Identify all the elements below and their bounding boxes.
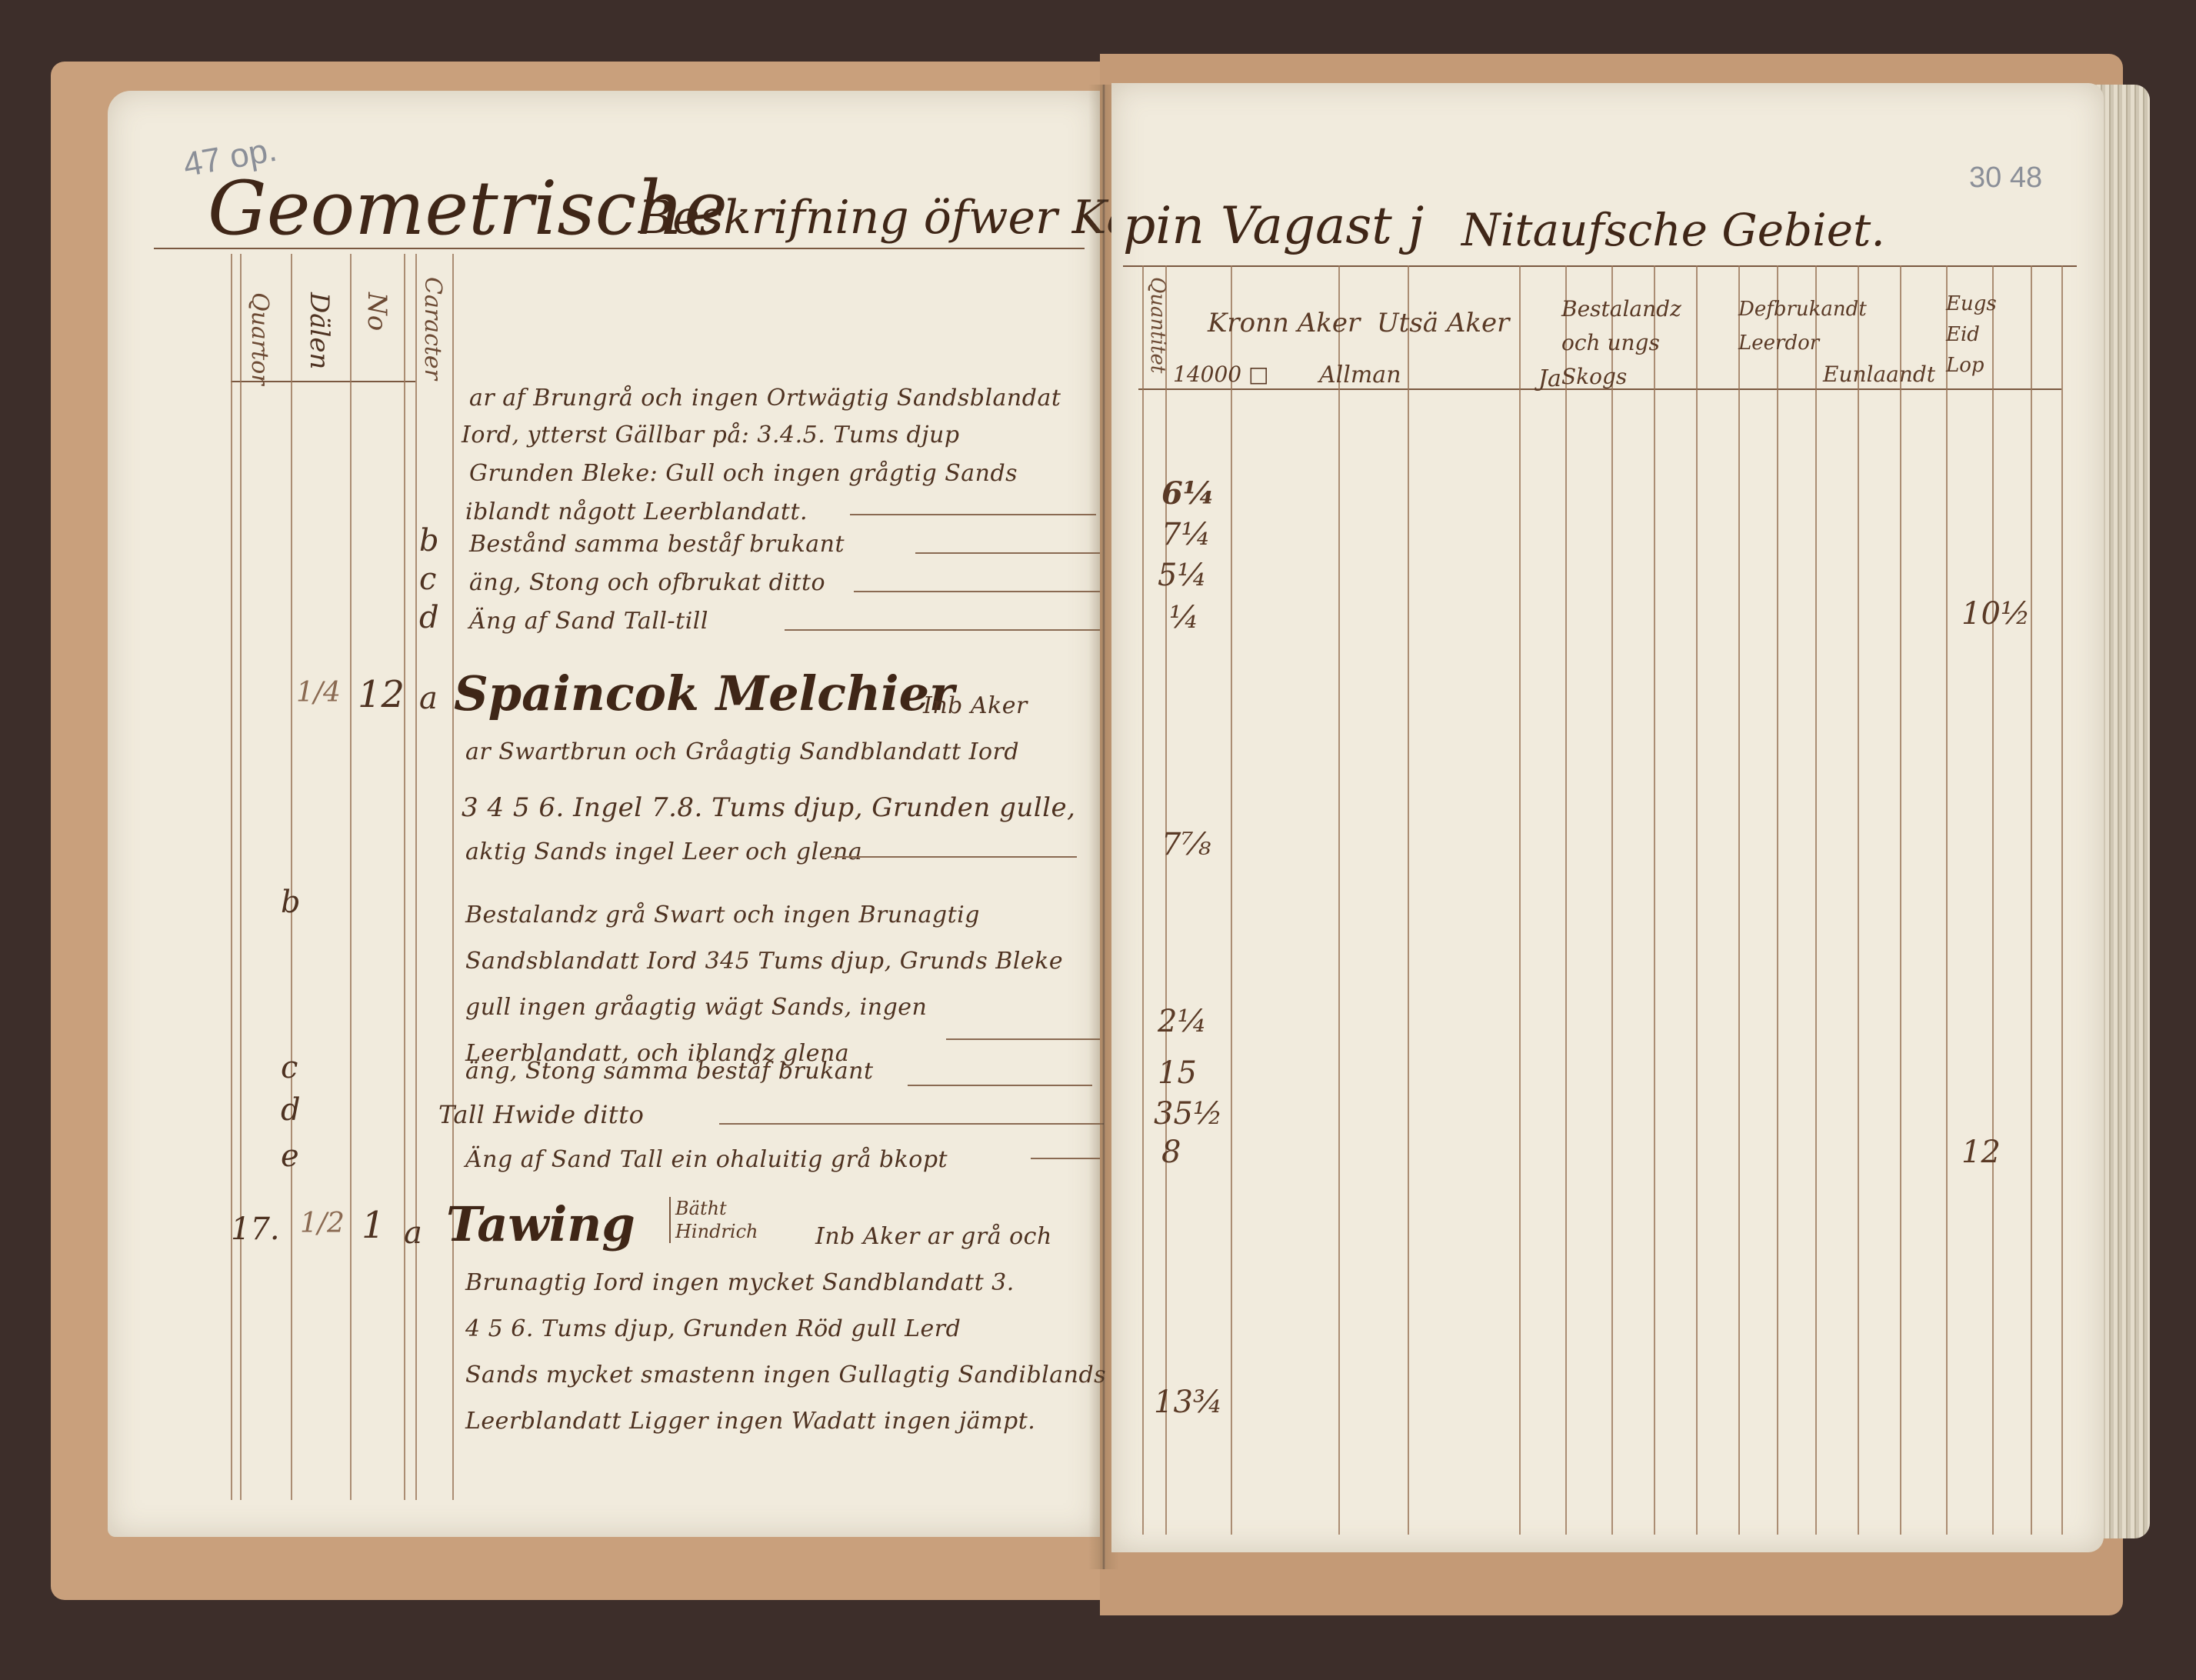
quantity-value: 7⅞ (1161, 827, 1211, 862)
owner-name: Tawing (446, 1196, 635, 1252)
col-line (1165, 265, 1167, 1535)
col-header-caracter: Caracter (419, 277, 446, 380)
col-line (1992, 265, 1994, 1535)
col-line (1231, 265, 1232, 1535)
col-header-no: No (362, 292, 392, 331)
col-header-utsa-aker: Utsä Aker (1377, 308, 1509, 338)
entry-line: ar Swartbrun och Gråagtig Sandblandatt I… (465, 738, 1019, 765)
header-rule-right (1123, 265, 2077, 267)
quantity-value: ¼ (1169, 600, 1199, 635)
col-line (291, 254, 292, 1500)
quantity-value: 35½ (1154, 1096, 1223, 1132)
brace-name: Hindrich (675, 1220, 758, 1243)
col-line (1777, 265, 1778, 1535)
defbruk-value: Eunlaandt (1823, 362, 1935, 387)
entry-line: Brunagtig Iord ingen mycket Sandblandatt… (465, 1269, 1015, 1296)
col-header-defbrukandt: Defbrukandt Leerdor (1738, 292, 1869, 360)
entry-line: äng, Stong samma beståf brukant (465, 1058, 874, 1085)
entry-line: 4 5 6. Tums djup, Grunden Röd gull Lerd (465, 1315, 961, 1342)
row-letter: c (281, 1050, 298, 1085)
col-header-bestalandz: Bestalandz och ungs Skogs (1561, 292, 1715, 394)
quartor-value: 17. (231, 1212, 280, 1247)
col-line (350, 254, 352, 1500)
entry-line: 3 4 5 6. Ingel 7.8. Tums djup, Grunden g… (462, 792, 1075, 823)
owner-name: Spaincok Melchier (454, 665, 955, 722)
leader-line (719, 1123, 1104, 1125)
col-line (240, 254, 242, 1500)
no-value: 1 (362, 1204, 385, 1247)
row-letter: d (419, 600, 439, 635)
bestaland-value: Ja (1538, 365, 1561, 392)
no-value: 12 (358, 673, 405, 716)
col-line (415, 254, 417, 1500)
caracter-value: a (404, 1215, 422, 1251)
leader-line (854, 591, 1100, 592)
row-letter: b (281, 885, 301, 920)
leader-line (908, 1085, 1092, 1086)
owner-brace-names: Bätht Hindrich (669, 1197, 758, 1243)
entry-line: Bestånd samma beståf brukant (469, 531, 845, 558)
leader-line (946, 1038, 1100, 1040)
col-line (1408, 265, 1409, 1535)
col-header-kronn-aker: Kronn Aker (1208, 308, 1360, 338)
caracter-value: a (419, 681, 438, 716)
quantity-value: 13¾ (1154, 1385, 1223, 1420)
col-line (1858, 265, 1859, 1535)
col-header-quartor: Quartor (246, 292, 273, 385)
entry-line: Iord, ytterst Gällbar på: 3.4.5. Tums dj… (462, 422, 960, 448)
entry-line: Äng af Sand Tall-till (469, 608, 708, 635)
col-line (1738, 265, 1740, 1535)
row-letter: c (419, 562, 436, 597)
entry-line: iblandt någott Leerblandatt. (465, 498, 808, 525)
col-line (404, 254, 405, 1500)
col-line (1654, 265, 1655, 1535)
entry-line: Inb Aker (923, 692, 1028, 719)
col-line (1900, 265, 1901, 1535)
page-title-left-sub: Beskrifning öfwer Kap (638, 191, 1164, 245)
col-line (231, 254, 232, 1500)
entry-line: ar af Brungrå och ingen Ortwägtig Sandsb… (469, 385, 1061, 412)
col-line (2061, 265, 2063, 1535)
col-header-quantitet: Quantitet (1146, 277, 1169, 373)
quantity-value: 15 (1158, 1055, 1197, 1091)
quantity-value: 6¼ (1161, 475, 1215, 512)
col-header-eugs: Eugs Eid Lop (1946, 288, 2023, 381)
leader-line (831, 856, 1077, 858)
quantity-value: 8 (1161, 1135, 1181, 1170)
row-letter: b (419, 523, 439, 558)
leader-line (850, 514, 1096, 515)
quantity-value: 5¼ (1158, 558, 1207, 593)
leader-line (915, 552, 1100, 554)
quantity-value: 2¼ (1158, 1004, 1207, 1039)
col-line (1338, 265, 1340, 1535)
entry-line: aktig Sands ingel Leer och glena (465, 838, 862, 865)
row-letter: d (281, 1092, 301, 1128)
eugs-value: 12 (1961, 1135, 2001, 1170)
col-line (2031, 265, 2032, 1535)
col-line (1565, 265, 1567, 1535)
dalen-value: 1/4 (296, 677, 341, 708)
entry-line: Tall Hwide ditto (438, 1100, 644, 1129)
col-line (1815, 265, 1817, 1535)
entry-line: Sands mycket smastenn ingen Gullagtig Sa… (465, 1362, 1106, 1388)
eugs-value: 10½ (1961, 596, 2031, 632)
col-line (1142, 265, 1144, 1535)
col-line (1611, 265, 1613, 1535)
col-header-dalen: Dälen (304, 292, 335, 369)
kronn-value: Allman (1319, 362, 1401, 388)
page-title-right-main: pin Vagast j (1123, 196, 1424, 255)
entry-line: äng, Stong och ofbrukat ditto (469, 569, 825, 596)
brace-name: Bätht (675, 1197, 758, 1220)
entry-line: Grunden Bleke: Gull och ingen grågtig Sa… (469, 460, 1018, 487)
row-letter: e (281, 1138, 299, 1174)
col-line (1519, 265, 1521, 1535)
entry-line: Inb Aker ar grå och (815, 1223, 1052, 1250)
pencil-folio-right: 30 48 (1969, 162, 2042, 195)
page-title-right-sub: Nitaufsche Gebiet. (1461, 204, 1885, 256)
entry-line: Leerblandatt Ligger ingen Wadatt ingen j… (465, 1408, 1035, 1435)
col-line (1946, 265, 1948, 1535)
header-rule-left (154, 248, 1085, 249)
leader-line (785, 629, 1100, 631)
entry-line: Bestalandz grå Swart och ingen Brunagtig… (465, 892, 1081, 1077)
entry-line: Äng af Sand Tall ein ohaluitig grå bkopt (465, 1146, 948, 1173)
quantity-total: 14000 □ (1173, 362, 1268, 387)
dalen-value: 1/2 (300, 1208, 345, 1239)
quantity-value: 7¼ (1161, 517, 1211, 552)
col-line (1696, 265, 1698, 1535)
col-line (452, 254, 454, 1500)
